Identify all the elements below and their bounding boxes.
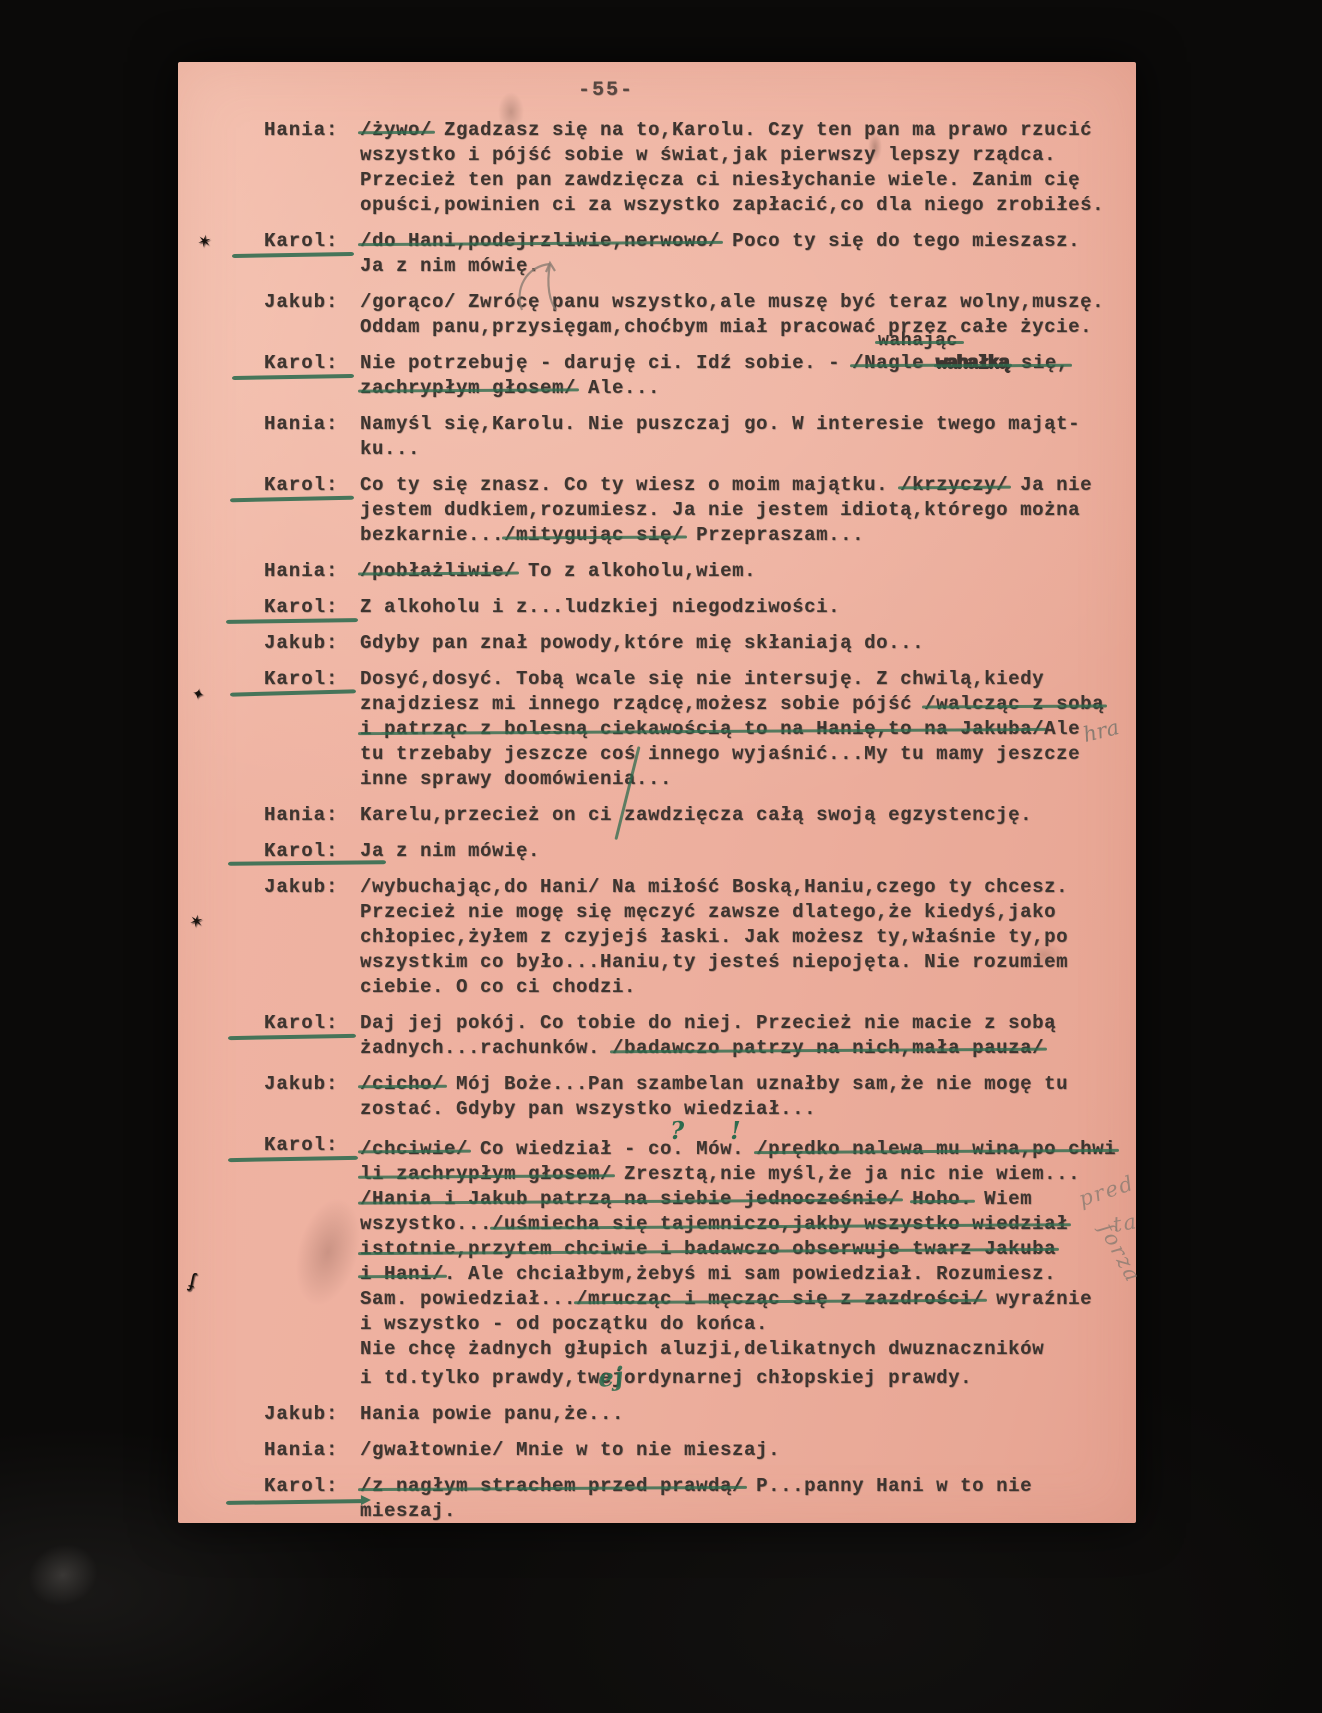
struck-text: /mitygując się/: [504, 523, 684, 548]
speaker-name: Hania:: [264, 413, 338, 435]
struck-text: /z nagłym strachem przed prawdą/: [360, 1474, 744, 1499]
dialogue-line: /Hania i Jakub patrzą na siebie jednocze…: [360, 1187, 1136, 1212]
dialogue-line: zostać. Gdyby pan wszystko wiedział...: [360, 1097, 1136, 1122]
struck-text: /walcząc z sobą: [924, 692, 1104, 717]
dialogue-entry: Jakub:/cicho/ Mój Boże...Pan szambelan u…: [178, 1072, 1136, 1122]
speaker-name: Jakub:: [264, 876, 338, 898]
dialogue-text: zostać. Gdyby pan wszystko wiedział...: [360, 1097, 816, 1122]
dialogue-text: Gdyby pan znał powody,które mię skłaniaj…: [360, 631, 924, 656]
struck-text: /prędko nalewa mu wina,po chwi: [756, 1137, 1116, 1162]
dialogue-line: /wybuchając,do Hani/ Na miłość Boską,Han…: [360, 875, 1136, 900]
dialogue-text: jestem dudkiem,rozumiesz. Ja nie jestem …: [360, 498, 1080, 523]
dialogue-text: . Ale chciałbym,żebyś mi sam powiedział.…: [444, 1262, 1056, 1287]
dialogue-line: Dosyć,dosyć. Tobą wcale się nie intersuj…: [360, 667, 1136, 692]
dialogue-text: Zgadzasz się na to,Karolu. Czy ten pan m…: [432, 118, 1092, 143]
struck-text: li zachrypłym głosem/: [360, 1162, 612, 1187]
dialogue-line: Hania powie panu,że...: [360, 1402, 1136, 1427]
dialogue-text: Daj jej pokój. Co tobie do niej. Przecie…: [360, 1011, 1056, 1036]
speaker-name: Karol:: [264, 668, 338, 690]
dialogue-text: Nie chcę żadnych głupich aluzji,delikatn…: [360, 1337, 1044, 1362]
dialogue-text: Nie potrzebuję - daruję ci. Idź sobie. -: [360, 351, 852, 376]
dialogue-text: ku...: [360, 437, 420, 462]
dialogue-line: tu trzebaby jeszcze coś innego wyjaśnić.…: [360, 742, 1136, 767]
background-smudge: [20, 1535, 106, 1615]
dialogue-line: Ja z nim mówię.: [360, 254, 1136, 279]
dialogue-text: omówienia...: [528, 767, 672, 792]
dialogue-text: ordynarnej chłopskiej prawdy.: [624, 1366, 972, 1391]
dialogue-text: [744, 1137, 756, 1162]
dialogue-text: Sam. powiedział...: [360, 1287, 576, 1312]
dialogue-line: i td.tylko prawdy,twejejordynarnej chłop…: [360, 1362, 1136, 1391]
dialogue-entry: Karol:Daj jej pokój. Co tobie do niej. P…: [178, 1011, 1136, 1061]
dialogue-line: i wszystko - od początku do końca.: [360, 1312, 1136, 1337]
dialogue-line: /gwałtownie/ Mnie w to nie mieszaj.: [360, 1438, 1136, 1463]
dialogue-line: /pobłażliwie/ To z alkoholu,wiem.: [360, 559, 1136, 584]
dialogue-text: Przecież nie mogę się męczyć zawsze dlat…: [360, 900, 1056, 925]
dialogue-line: Nie chcę żadnych głupich aluzji,delikatn…: [360, 1337, 1136, 1362]
green-arrow-tip: [361, 1495, 371, 1505]
dialogue-text: Ale...: [576, 376, 660, 401]
page-number: -55-: [578, 79, 634, 102]
dialogue-text: Namyśl się,Karolu. Nie puszczaj go. W in…: [360, 412, 1080, 437]
struck-text: /mrucząc i męcząc się z zazdrości/: [576, 1287, 984, 1312]
photo-background: -55- Hania:/żywo/ Zgadzasz się na to,Kar…: [0, 0, 1322, 1713]
dialogue-line: Karelu,przecież on ci zawdzięcza całą sw…: [360, 803, 1136, 828]
dialogue-text: inne sprawy do: [360, 767, 528, 792]
ink-blot: ✦: [190, 684, 206, 706]
dialogue-line: Gdyby pan znał powody,które mię skłaniaj…: [360, 631, 1136, 656]
dialogue-text: Karelu,przecież on ci zawdzięcza całą sw…: [360, 803, 1032, 828]
struck-text: Hoho.: [912, 1187, 972, 1212]
dialogue-text: /wybuchając,do Hani/ Na miłość Boską,Han…: [360, 875, 1068, 900]
dialogue-line: i patrząc z bolesną ciekawością to na Ha…: [360, 717, 1136, 742]
dialogue-line: Przecież nie mogę się męczyć zawsze dlat…: [360, 900, 1136, 925]
dialogue-line: bezkarnie.../mitygując się/ Przepraszam.…: [360, 523, 1136, 548]
dialogue-text: wyraźnie: [984, 1287, 1092, 1312]
dialogue-line: wszystko.../uśmiecha się tajemniczo,jakb…: [360, 1212, 1136, 1237]
dialogue-text: Ja nie: [1008, 473, 1092, 498]
dialogue-line: wszystkim co było...Haniu,ty jesteś niep…: [360, 950, 1136, 975]
dialogue-line: /chciwie/ Co wiedział - co.? Mów.! /pręd…: [360, 1133, 1136, 1162]
struck-text: i Hani/: [360, 1262, 444, 1287]
dialogue-text: mieszaj.: [360, 1499, 456, 1524]
dialogue-line: Oddam panu,przysięgam,choćbym miał praco…: [360, 315, 1136, 340]
dialogue-text: Wiem: [972, 1187, 1032, 1212]
dialogue-line: Z alkoholu i z...ludzkiej niegodziwości.: [360, 595, 1136, 620]
dialogue-text: wszystkim co było...Haniu,ty jesteś niep…: [360, 950, 1068, 975]
speaker-name: Karol:: [264, 474, 338, 496]
dialogue-text: i wszystko - od początku do końca.: [360, 1312, 768, 1337]
green-underline-mark: [230, 496, 354, 503]
dialogue-text: Poco ty się do tego mieszasz.: [720, 229, 1080, 254]
dialogue-entry: Hania:/żywo/ Zgadzasz się na to,Karolu. …: [178, 118, 1136, 218]
dialogue-text: znajdziesz mi innego rządcę,możesz sobie…: [360, 692, 924, 717]
dialogue-entry: Karol:/z nagłym strachem przed prawdą/ P…: [178, 1474, 1136, 1524]
dialogue-line: /cicho/ Mój Boże...Pan szambelan uznałby…: [360, 1072, 1136, 1097]
dialogue-text: P...panny Hani w to nie: [744, 1474, 1032, 1499]
struck-text: /pobłażliwie/: [360, 559, 516, 584]
dialogue-line: istotnie,przytem chciwie i badawczo obse…: [360, 1237, 1136, 1262]
dialogue-entry: Hania:/gwałtownie/ Mnie w to nie mieszaj…: [178, 1438, 1136, 1463]
overtyped-struck-text: wahałką: [936, 351, 1009, 376]
dialogue-line: opuści,powinien ci za wszystko zapłacić,…: [360, 193, 1136, 218]
dialogue-line: ku...: [360, 437, 1136, 462]
dialogue-text: tu trzebaby jeszcze coś innego wyjaśnić.…: [360, 742, 1080, 767]
ink-blot: ʄ: [184, 1272, 200, 1294]
dialogue-entry: Karol:/chciwie/ Co wiedział - co.? Mów.!…: [178, 1133, 1136, 1391]
speaker-name: Hania:: [264, 560, 338, 582]
green-underline-mark: [226, 618, 358, 624]
dialogue-line: jestem dudkiem,rozumiesz. Ja nie jestem …: [360, 498, 1136, 523]
dialogue-text: Ja z nim mówię.: [360, 254, 540, 279]
struck-text: istotnie,przytem chciwie i badawczo obse…: [360, 1237, 1056, 1262]
speaker-name: Hania:: [264, 1439, 338, 1461]
dialogue-text: Mój Boże...Pan szambelan uznałby sam,że …: [444, 1072, 1068, 1097]
speaker-name: Hania:: [264, 119, 338, 141]
dialogue-line: Co ty się znasz. Co ty wiesz o moim mają…: [360, 473, 1136, 498]
dialogue-entry: Karol:Ja z nim mówię.: [178, 839, 1136, 864]
struck-text: się,: [1009, 351, 1069, 376]
struck-text: /chciwie/: [360, 1137, 468, 1162]
dialogue-text: Z alkoholu i z...ludzkiej niegodziwości.: [360, 595, 840, 620]
dialogue-line: /gorąco/ Zwrócę panu wszystko,ale muszę …: [360, 290, 1136, 315]
typed-insertion-struck: wahając: [878, 331, 958, 351]
dialogue-line: i Hani/. Ale chciałbym,żebyś mi sam powi…: [360, 1262, 1136, 1287]
struck-text: i patrząc z bolesną ciekawością to na Ha…: [360, 717, 1044, 742]
dialogue-entry: Jakub:/gorąco/ Zwrócę panu wszystko,ale …: [178, 290, 1136, 340]
dialogue-line: żadnych...rachunków. /badawczo patrzy na…: [360, 1036, 1136, 1061]
green-underline-mark: [228, 1034, 356, 1040]
dialogue-text: Ale: [1044, 717, 1080, 742]
dialogue-text: To z alkoholu,wiem.: [516, 559, 756, 584]
dialogue-line: mieszaj.: [360, 1499, 1136, 1524]
dialogue-text: wszystko i pójść sobie w świat,jak pierw…: [360, 143, 1056, 168]
speaker-name: Karol:: [264, 840, 338, 862]
dialogue-text: opuści,powinien ci za wszystko zapłacić,…: [360, 193, 1104, 218]
dialogue-text: Co ty się znasz. Co ty wiesz o moim mają…: [360, 473, 900, 498]
dialogue-text: chłopiec,żyłem z czyjejś łaski. Jak może…: [360, 925, 1068, 950]
speaker-name: Karol:: [264, 230, 338, 252]
struck-text: /uśmiecha się tajemniczo,jakby wszystko …: [492, 1212, 1068, 1237]
speaker-name: Karol:: [264, 1475, 338, 1497]
dialogue-line: inne sprawy doomówienia...: [360, 767, 1136, 792]
speaker-name: Jakub:: [264, 291, 338, 313]
speaker-name: Jakub:: [264, 632, 338, 654]
dialogue-line: /z nagłym strachem przed prawdą/ P...pan…: [360, 1474, 1136, 1499]
dialogue-entry: Hania:Namyśl się,Karolu. Nie puszczaj go…: [178, 412, 1136, 462]
green-underline-mark: [232, 374, 354, 380]
dialogue-entry: Hania:Karelu,przecież on ci zawdzięcza c…: [178, 803, 1136, 828]
speaker-name: Hania:: [264, 804, 338, 826]
dialogue-line: znajdziesz mi innego rządcę,możesz sobie…: [360, 692, 1136, 717]
green-underline-mark: [228, 1156, 358, 1162]
dialogue-line: ciebie. O co ci chodzi.: [360, 975, 1136, 1000]
dialogue-text: bezkarnie...: [360, 523, 504, 548]
dialogue-line: /do Hani,podejrzliwie,nerwowo/ Poco ty s…: [360, 229, 1136, 254]
speaker-name: Jakub:: [264, 1403, 338, 1425]
dialogue-line: li zachrypłym głosem/ Zresztą,nie myśl,ż…: [360, 1162, 1136, 1187]
speaker-name: Karol:: [264, 1012, 338, 1034]
struck-text: /Nagle: [852, 351, 936, 376]
dialogue-text: ciebie. O co ci chodzi.: [360, 975, 636, 1000]
dialogue-entry: Jakub:Gdyby pan znał powody,które mię sk…: [178, 631, 1136, 656]
dialogue-text: Hania powie panu,że...: [360, 1402, 624, 1427]
dialogue-text: /gwałtownie/ Mnie w to nie mieszaj.: [360, 1438, 780, 1463]
dialogue-text: Ja z nim mówię.: [360, 839, 540, 864]
pencil-arrow-mark: [516, 260, 562, 317]
struck-text: /do Hani,podejrzliwie,nerwowo/: [360, 229, 720, 254]
dialogue-text: żadnych...rachunków.: [360, 1036, 612, 1061]
struck-text: /cicho/: [360, 1072, 444, 1097]
green-underline-mark: [226, 1499, 364, 1505]
dialogue-entry: Karol:Nie potrzebuję - daruję ci. Idź so…: [178, 351, 1136, 401]
green-underline-mark: [228, 860, 386, 866]
dialogue-text: wszystko...: [360, 1212, 492, 1237]
dialogue-text: Przepraszam...: [684, 523, 864, 548]
dialogue-line: chłopiec,żyłem z czyjejś łaski. Jak może…: [360, 925, 1136, 950]
dialogue-content: Hania:/żywo/ Zgadzasz się na to,Karolu. …: [178, 118, 1136, 1535]
script-page: -55- Hania:/żywo/ Zgadzasz się na to,Kar…: [178, 62, 1136, 1523]
struck-text: /Hania i Jakub patrzą na siebie jednocze…: [360, 1187, 900, 1212]
dialogue-text: Zresztą,nie myśl,że ja nic nie wiem...: [612, 1162, 1080, 1187]
dialogue-text: Oddam panu,przysięgam,choćbym miał praco…: [360, 315, 1092, 340]
pencil-arrow-icon: [516, 260, 562, 312]
struck-text: /badawczo patrzy na nich,mała pauza/: [612, 1036, 1044, 1061]
speaker-name: Karol:: [264, 352, 338, 374]
struck-text: zachrypłym głosem/: [360, 376, 576, 401]
speaker-name: Jakub:: [264, 1073, 338, 1095]
dialogue-line: Daj jej pokój. Co tobie do niej. Przecie…: [360, 1011, 1136, 1036]
dialogue-entry: Karol:Dosyć,dosyć. Tobą wcale się nie in…: [178, 667, 1136, 792]
dialogue-entry: Karol:Co ty się znasz. Co ty wiesz o moi…: [178, 473, 1136, 548]
ink-blot: ✶: [196, 232, 212, 254]
dialogue-text: Przecież ten pan zawdzięcza ci niesłycha…: [360, 168, 1080, 193]
struck-text: /krzyczy/: [900, 473, 1008, 498]
dialogue-entry: Karol:/do Hani,podejrzliwie,nerwowo/ Poc…: [178, 229, 1136, 279]
dialogue-line: Namyśl się,Karolu. Nie puszczaj go. W in…: [360, 412, 1136, 437]
dialogue-entry: Jakub:/wybuchając,do Hani/ Na miłość Bos…: [178, 875, 1136, 1000]
dialogue-line: wszystko i pójść sobie w świat,jak pierw…: [360, 143, 1136, 168]
dialogue-text: Dosyć,dosyć. Tobą wcale się nie intersuj…: [360, 667, 1044, 692]
dialogue-line: Przecież ten pan zawdzięcza ci niesłycha…: [360, 168, 1136, 193]
dialogue-text: Co wiedział - co.: [468, 1137, 684, 1162]
speaker-name: Karol:: [264, 1134, 338, 1156]
green-underline-mark: [230, 689, 356, 696]
dialogue-entry: Hania:/pobłażliwie/ To z alkoholu,wiem.: [178, 559, 1136, 584]
ink-blot: ✶: [188, 912, 204, 934]
dialogue-line: /żywo/ Zgadzasz się na to,Karolu. Czy te…: [360, 118, 1136, 143]
dialogue-text: i td.tylko prawdy,twej: [360, 1366, 624, 1391]
dialogue-text: /gorąco/ Zwrócę panu wszystko,ale muszę …: [360, 290, 1104, 315]
struck-text: /żywo/: [360, 118, 432, 143]
dialogue-entry: Karol:Z alkoholu i z...ludzkiej niegodzi…: [178, 595, 1136, 620]
dialogue-entry: Jakub:Hania powie panu,że...: [178, 1402, 1136, 1427]
dialogue-line: Ja z nim mówię.: [360, 839, 1136, 864]
dialogue-line: Sam. powiedział.../mrucząc i męcząc się …: [360, 1287, 1136, 1312]
dialogue-line: Nie potrzebuję - daruję ci. Idź sobie. -…: [360, 351, 1136, 376]
speaker-name: Karol:: [264, 596, 338, 618]
green-underline-mark: [232, 252, 354, 258]
dialogue-line: zachrypłym głosem/ Ale...: [360, 376, 1136, 401]
